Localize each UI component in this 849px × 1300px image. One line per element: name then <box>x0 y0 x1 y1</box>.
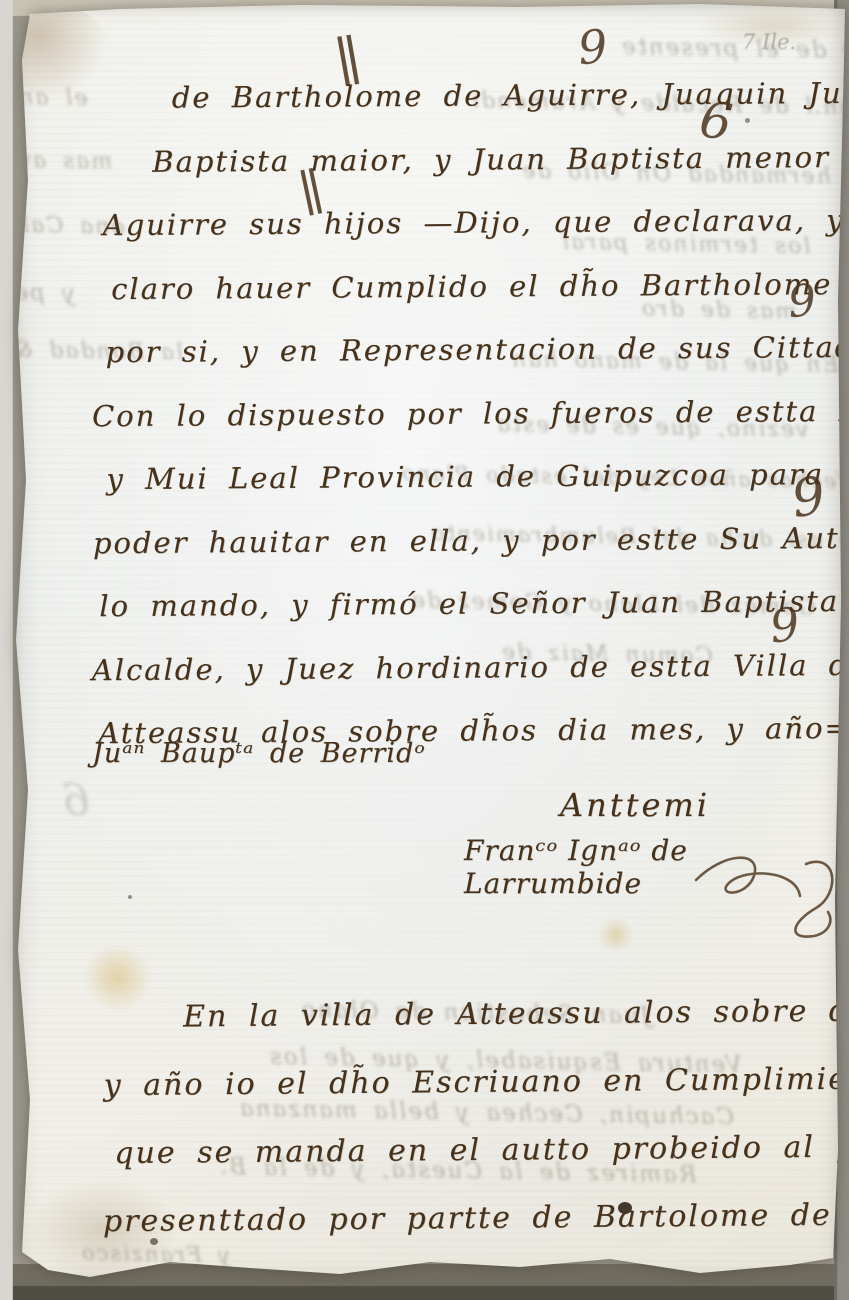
flourish-loop: 9 <box>786 275 818 328</box>
manuscript-line: presenttado por partte de Bartolome de A… <box>91 1180 849 1257</box>
manuscript-line: Baptista maior, y Juan Baptista menor de <box>88 124 849 194</box>
faint-note: 7 Ile. <box>742 30 796 54</box>
manuscript-line: por si, y en Representacion de sus Citta… <box>89 315 849 385</box>
bleedthrough-text: y de el presente <box>620 34 849 64</box>
manuscript-line: En la villa de Atteassu alos sobre dh̃os… <box>89 976 849 1053</box>
auto-text-block: de Bartholome de Aguirre, Juaquin Juan B… <box>88 61 849 766</box>
signature-juan-bauptista: Juᵃⁿ Baupᵗᵃ de Berridᵒ <box>92 738 426 769</box>
manuscript-line: que se manda en el autto probeido al ped… <box>90 1112 849 1189</box>
attestation-ante-mi: Anttemi <box>560 786 710 824</box>
stain-yellow-center <box>596 918 636 952</box>
bleedthrough-text: y pess <box>0 279 75 307</box>
document-scan: y de el presente Man.l de Recalde y Aram… <box>0 0 849 1300</box>
manuscript-line: Aguirre sus hijos —Dijo, que declarava, … <box>88 188 849 258</box>
manuscript-line: y año io el dh̃o Escriuano en Cumplimien… <box>89 1044 849 1121</box>
manuscript-line: Con lo dispuesto por los fueros de estta… <box>90 378 849 448</box>
manuscript-line: claro hauer Cumplido el dh̃o Bartholome <box>89 251 849 321</box>
flourish-loop: 9 <box>576 19 610 75</box>
diligencia-text-block: En la villa de Atteassu alos sobre dh̃os… <box>89 976 849 1257</box>
manuscript-line: poder hauitar en ella, y por estte Su Au… <box>91 505 849 575</box>
bleedthrough-text: el animo <box>0 84 88 111</box>
manuscript-line: y Mui Leal Provincia de Guipuzcoa para <box>90 442 849 512</box>
manuscript-line: Alcalde, y Juez hordinario de estta Vill… <box>92 632 849 702</box>
ink-speck <box>128 895 132 899</box>
bleedthrough-loop: 6 <box>60 775 91 827</box>
flourish-loop: 9 <box>767 597 802 654</box>
manuscript-paper: y de el presente Man.l de Recalde y Aram… <box>0 0 849 1300</box>
manuscript-line: lo mando, y firmó el Señor Juan Baptista <box>91 569 849 639</box>
rubric-flourish-icon <box>688 846 843 946</box>
